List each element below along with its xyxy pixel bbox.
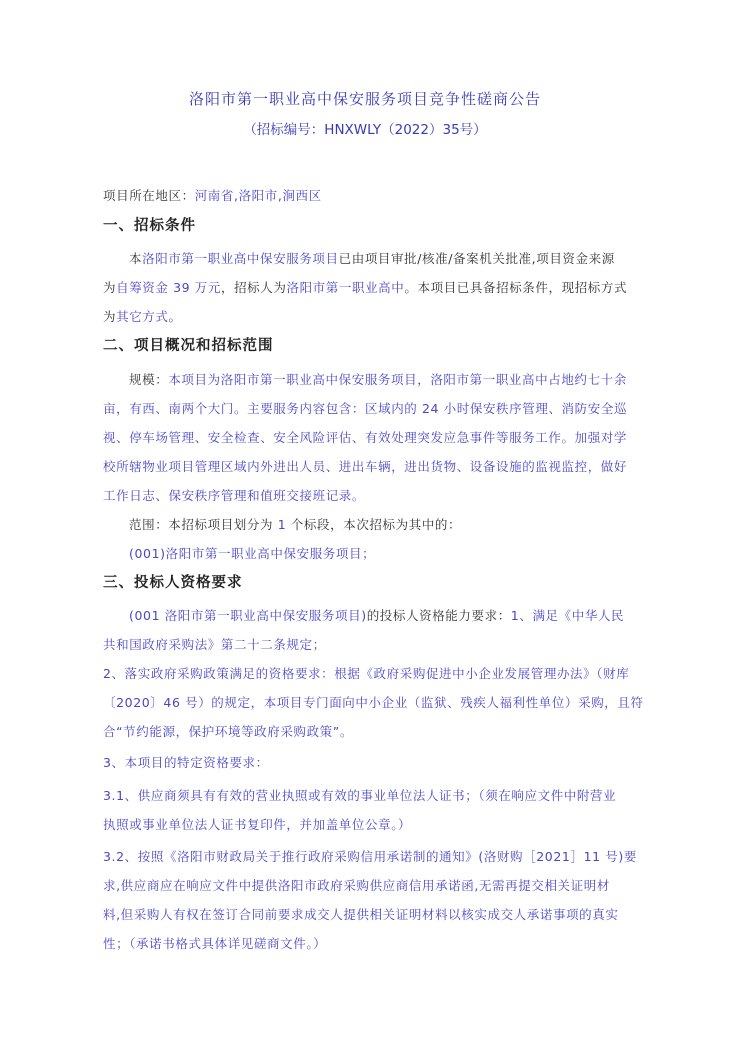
text: 个标段，本次招标为其中的： [286,517,461,532]
s3-line: 执照或事业单位法人证书复印件，并加盖单位公章。） [103,817,633,833]
s3-line: 共和国政府采购法》第二十二条规定； [103,637,633,653]
s2-scope-line: 范围：本招标项目划分为 1 个标段，本次招标为其中的： [103,517,659,533]
s1-para-line: 为自筹资金 39 万元，招标人为洛阳市第一职业高中。本项目已具备招标条件，现招标… [103,280,633,296]
s3-line: 合“节约能源，保护环境等政府采购政策”。 [103,724,633,740]
lot-count: 1 [278,517,287,532]
text: 已由项目审批/核准/备案机关批准,项目资金来源 [339,251,615,266]
s3-line: 料,但采购人有权在签订合同前要求成交人提供相关证明材料以核实成交人承诺事项的真实 [103,907,633,923]
text: 为 [103,309,116,324]
s1-para-line: 为其它方式。 [103,309,633,325]
text: (001 洛阳市第一职业高中保安服务项目) [129,608,367,623]
tender-number: （招标编号：HNXWLY（2022）35号） [0,118,730,138]
text: ，招标人为 [221,280,287,295]
location-value: 河南省,洛阳市,涧西区 [195,188,322,203]
s2-lot-line: (001)洛阳市第一职业高中保安服务项目； [103,546,659,562]
s3-line: 3、本项目的特定资格要求： [103,755,633,771]
s2-line: 规模：本项目为洛阳市第一职业高中保安服务项目，洛阳市第一职业高中占地约七十余 [103,372,659,388]
project-name: 洛阳市第一职业高中保安服务项目 [142,251,339,266]
s3-line: 〔2020〕46 号）的规定，本项目专门面向中小企业（监狱、残疾人福利性单位）采… [103,695,633,711]
text: 范围：本招标项目划分为 [129,517,278,532]
document-page: 洛阳市第一职业高中保安服务项目竞争性磋商公告 （招标编号：HNXWLY（2022… [0,0,730,1048]
text: 。本项目已具备招标条件，现招标方式 [404,280,627,295]
s3-line: 3.2、按照《洛阳市财政局关于推行政府采购信用承诺制的通知》(洛财购［2021］… [103,849,633,865]
s3-line: 3.1、供应商须具有有效的营业执照或有效的事业单位法人证书；（须在响应文件中附营… [103,788,633,804]
page-title: 洛阳市第一职业高中保安服务项目竞争性磋商公告 [0,88,730,109]
s2-line: 校所辖物业项目管理区域内外进出人员、进出车辆，进出货物、设备设施的监视监控，做好 [103,459,633,475]
text: 本项目为洛阳市第一职业高中保安服务项目，洛阳市第一职业高中占地约七十余 [168,372,627,387]
text: 的投标人资格能力要求： [367,608,511,623]
location-line: 项目所在地区：河南省,洛阳市,涧西区 [103,188,633,204]
s3-line: 2、落实政府采购政策满足的资格要求：根据《政府采购促进中小企业发展管理办法》（财… [103,666,633,682]
text: 。 [169,309,182,324]
section-3-heading: 三、投标人资格要求 [103,575,633,591]
tender-method: 其它方式 [116,309,168,324]
s3-line: 性；（承诺书格式具体详见磋商文件。） [103,936,633,952]
s2-line: 亩，有西、南两个大门。主要服务内容包含：区域内的 24 小时保安秩序管理、消防安… [103,401,633,417]
s3-line: 求,供应商应在响应文件中提供洛阳市政府采购供应商信用承诺函,无需再提交相关证明材 [103,878,633,894]
tenderer: 洛阳市第一职业高中 [286,280,404,295]
text: 为 [103,280,116,295]
section-1-heading: 一、招标条件 [103,218,633,234]
s2-line: 工作日志、保安秩序管理和值班交接班记录。 [103,488,633,504]
s2-line: 视、停车场管理、安全检查、安全风险评估、有效处理突发应急事件等服务工作。加强对学 [103,430,633,446]
location-label: 项目所在地区： [103,188,195,203]
text: 1、满足《中华人民 [511,608,624,623]
s1-para-line: 本洛阳市第一职业高中保安服务项目已由项目审批/核准/备案机关批准,项目资金来源 [103,251,659,267]
section-2-heading: 二、项目概况和招标范围 [103,338,633,354]
text: 本 [129,251,142,266]
text: 规模： [129,372,168,387]
s3-line: (001 洛阳市第一职业高中保安服务项目)的投标人资格能力要求：1、满足《中华人… [103,608,659,624]
fund-source: 自筹资金 39 万元 [116,280,221,295]
